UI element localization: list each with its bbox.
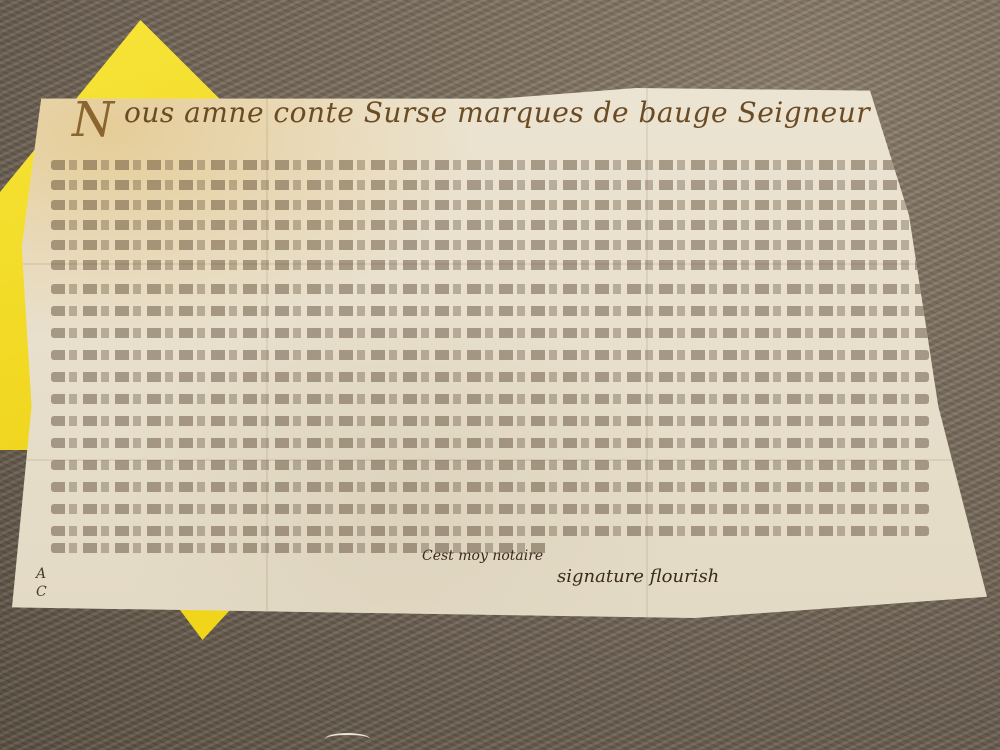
margin-note: A <box>36 566 46 582</box>
signature: signature flourish <box>557 566 719 587</box>
text-line <box>51 504 929 514</box>
text-line <box>51 438 929 448</box>
parchment-document: + N ous amne conte Surse marques de baug… <box>12 88 987 618</box>
text-line <box>51 200 929 210</box>
text-line <box>51 416 929 426</box>
margin-note: C <box>36 584 47 600</box>
text-line <box>51 460 929 470</box>
text-line <box>51 306 929 316</box>
text-line <box>51 372 929 382</box>
text-line <box>51 284 929 294</box>
text-line <box>51 482 929 492</box>
document-heading: ous amne conte Surse marques de bauge Se… <box>124 96 1000 129</box>
text-line <box>51 394 929 404</box>
text-line <box>51 526 929 536</box>
text-line <box>51 350 929 360</box>
notary-line: Cest moy notaire <box>422 548 543 564</box>
text-line <box>51 180 929 190</box>
text-line <box>51 328 929 338</box>
text-line <box>51 220 929 230</box>
decorated-initial: N <box>72 92 114 148</box>
text-line <box>51 240 929 250</box>
loose-thread <box>325 733 370 745</box>
text-line <box>51 160 929 170</box>
text-line <box>51 260 929 270</box>
